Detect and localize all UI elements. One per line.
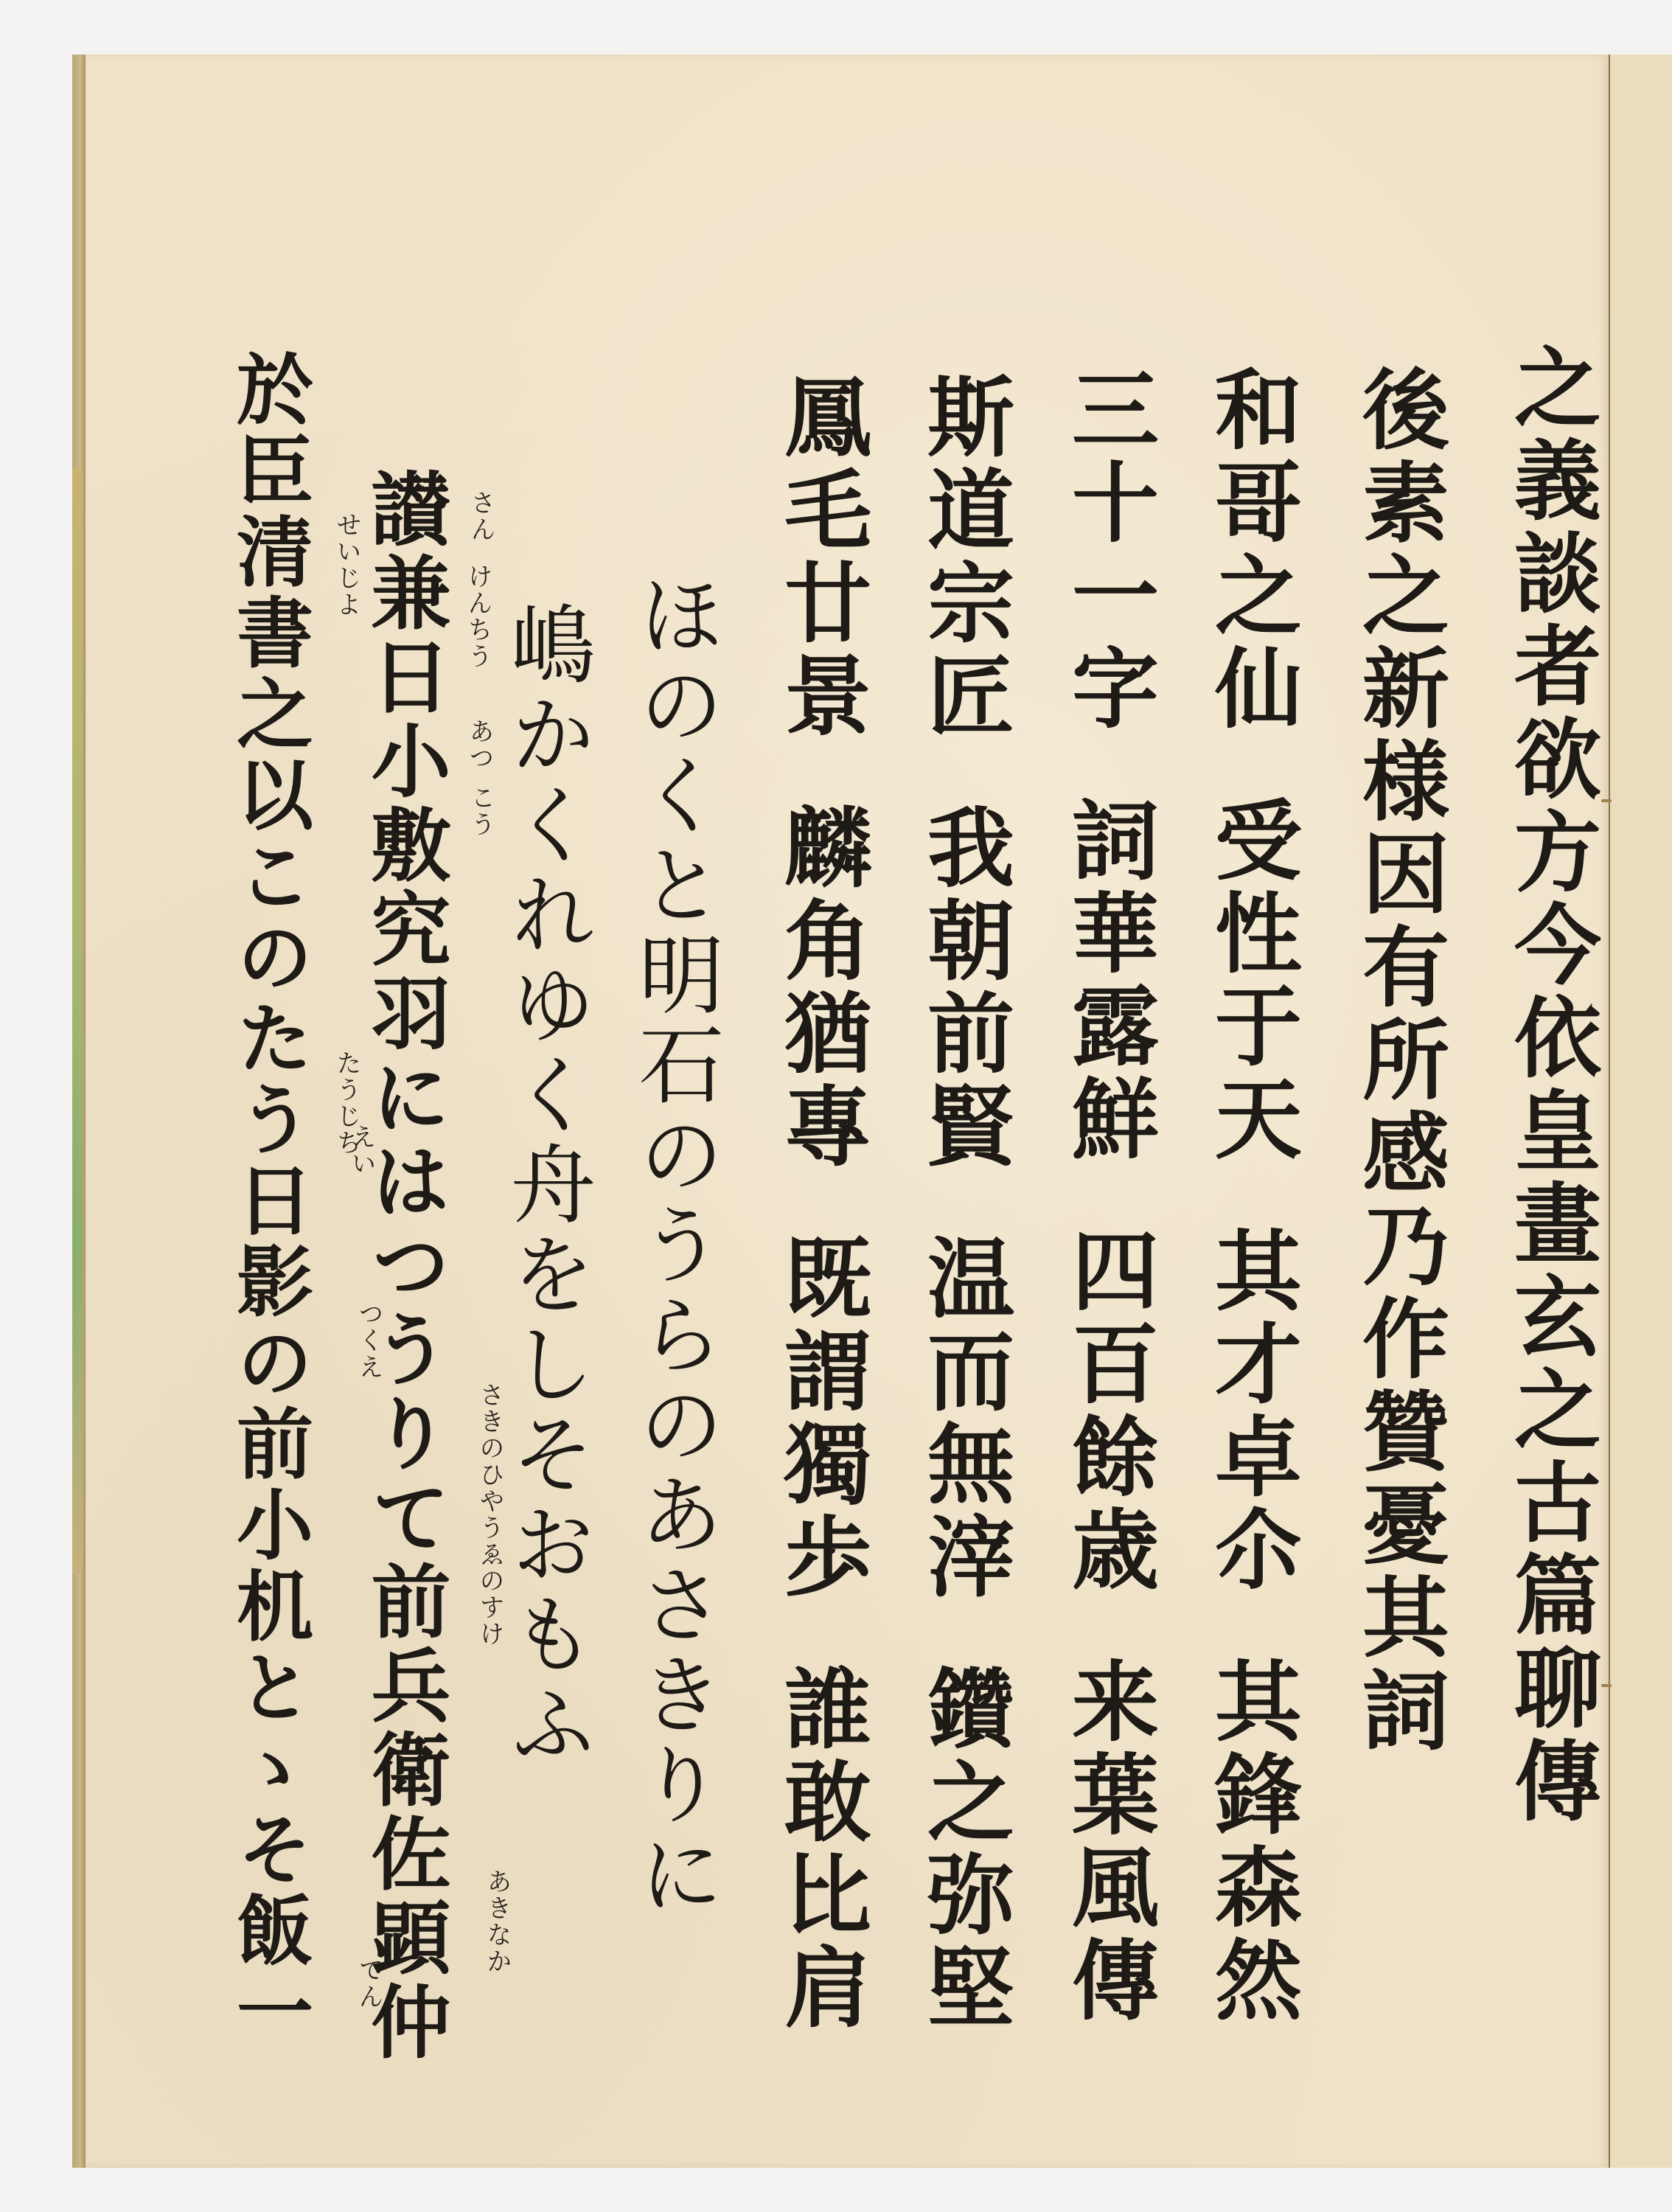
furigana: つくえ bbox=[351, 1301, 387, 1380]
binding-stitch bbox=[1601, 1684, 1612, 1687]
poem-column-1: ほのくと明石のうらのあさきりに bbox=[631, 571, 717, 1920]
furigana: さん bbox=[463, 490, 499, 543]
furigana: せいじよ bbox=[329, 512, 365, 618]
eulogy-column-2: 三十一字詞華露鮮四百餘歳来葉風傳 bbox=[1065, 364, 1152, 2028]
eulogy-column-4: 鳳毛廿景麟角猶專既謂獨歩誰敢比肩 bbox=[777, 372, 864, 2035]
furigana: こう bbox=[463, 785, 499, 838]
eulogy-phrase: 三十一字 bbox=[1057, 364, 1160, 736]
poem-column-2: 嶋かくれゆく舟をしそおもふ bbox=[503, 600, 588, 1770]
cover-edge-strip bbox=[72, 467, 83, 1573]
manuscript-page: 之義談者欲方今依皇畫玄之古篇聊傳 後素之新様因有所感乃作贊憂其詞 和哥之仙受性于… bbox=[86, 55, 1609, 2168]
eulogy-phrase: 受性于天 bbox=[1200, 795, 1303, 1166]
adjacent-page-edge bbox=[1609, 55, 1672, 2168]
eulogy-phrase: 我朝前賢 bbox=[913, 802, 1015, 1174]
eulogy-phrase: 其鋒森然 bbox=[1200, 1656, 1303, 2028]
eulogy-phrase: 四百餘歳 bbox=[1057, 1225, 1160, 1597]
eulogy-phrase: 鳳毛廿景 bbox=[770, 372, 872, 743]
preface-column-2: 後素之新様因有所感乃作贊憂其詞 bbox=[1355, 364, 1442, 1758]
eulogy-column-1: 和哥之仙受性于天其才卓尒其鋒森然 bbox=[1208, 364, 1295, 2028]
eulogy-phrase: 麟角猶專 bbox=[770, 802, 872, 1174]
binding-stitch bbox=[1601, 799, 1612, 802]
eulogy-phrase: 鑽之弥堅 bbox=[913, 1663, 1015, 2035]
colophon-column-1: 讃兼日小敷究羽にはつうりて前兵衛佐顕仲 bbox=[364, 467, 444, 2065]
eulogy-phrase: 其才卓尒 bbox=[1200, 1225, 1303, 1597]
eulogy-phrase: 温而無滓 bbox=[913, 1233, 1015, 1604]
eulogy-phrase: 来葉風傳 bbox=[1057, 1656, 1160, 2028]
preface-column-1: 之義談者欲方今依皇畫玄之古篇聊傳 bbox=[1507, 342, 1594, 1829]
eulogy-phrase: 和哥之仙 bbox=[1200, 364, 1303, 736]
furigana: てん bbox=[351, 1957, 387, 2010]
furigana: けんちう bbox=[460, 563, 496, 669]
eulogy-phrase: 既謂獨歩 bbox=[770, 1233, 872, 1604]
colophon-column-2: 於臣清書之以このたう日影の前小机とゝそ飯一 bbox=[230, 349, 307, 2053]
furigana: あきなか bbox=[479, 1868, 515, 1975]
furigana: さきのひやうゑのすけ bbox=[472, 1382, 508, 1647]
open-book: 之義談者欲方今依皇畫玄之古篇聊傳 後素之新様因有所感乃作贊憂其詞 和哥之仙受性于… bbox=[72, 55, 1672, 2168]
eulogy-phrase: 斯道宗匠 bbox=[913, 372, 1015, 743]
furigana: あつ bbox=[461, 718, 498, 771]
eulogy-phrase: 詞華露鮮 bbox=[1057, 795, 1160, 1166]
eulogy-column-3: 斯道宗匠我朝前賢温而無滓鑽之弥堅 bbox=[920, 372, 1007, 2035]
eulogy-phrase: 誰敢比肩 bbox=[770, 1663, 872, 2035]
furigana: えい bbox=[344, 1124, 380, 1177]
